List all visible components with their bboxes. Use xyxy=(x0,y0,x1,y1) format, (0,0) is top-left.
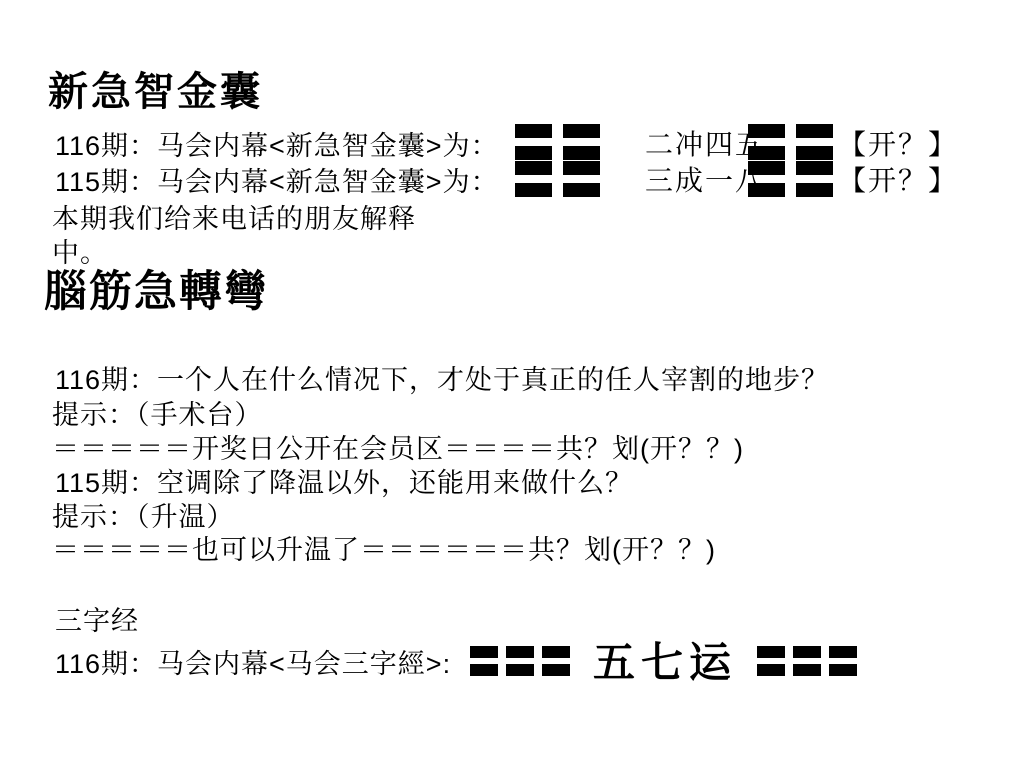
jinnang-row-115-code: 三成一八 xyxy=(645,159,765,199)
naojin-title: 腦筋急轉彎 xyxy=(44,258,269,319)
sanzijing-row-code: 五七运 xyxy=(593,630,737,690)
broken-bars-icon xyxy=(748,124,833,160)
broken-bars-icon xyxy=(748,161,833,197)
scanned-tip-sheet: 新急智金囊 116期：马会内幕<新急智金囊>为： 二冲四五 【开？】 115期：… xyxy=(0,0,1024,781)
triple-broken-bars-icon xyxy=(757,646,857,676)
jinnang-row-115-result: 【开？】 xyxy=(838,159,958,199)
triple-broken-bars-icon xyxy=(470,646,570,676)
broken-bars-icon xyxy=(515,124,600,160)
naojin-line-riddle-116: 116期：一个人在什么情况下，才处于真正的任人宰割的地步？ xyxy=(55,358,829,397)
sanzijing-row-label: 116期：马会内幕<马会三字經>: xyxy=(55,642,451,681)
broken-bars-icon xyxy=(515,161,600,197)
jinnang-row-116-code: 二冲四五 xyxy=(645,123,765,163)
jinnang-row-116-label: 116期：马会内幕<新急智金囊>为： xyxy=(55,124,499,163)
jinnang-row-116-result: 【开？】 xyxy=(838,123,958,163)
jinnang-row-115-label: 115期：马会内幕<新急智金囊>为： xyxy=(55,160,499,199)
sanzijing-title: 三字经 xyxy=(55,599,139,638)
jinnang-title: 新急智金囊 xyxy=(48,60,263,117)
naojin-line-answer-115: ＝＝＝＝＝也可以升温了＝＝＝＝＝＝共？划(开？？) xyxy=(52,528,716,567)
